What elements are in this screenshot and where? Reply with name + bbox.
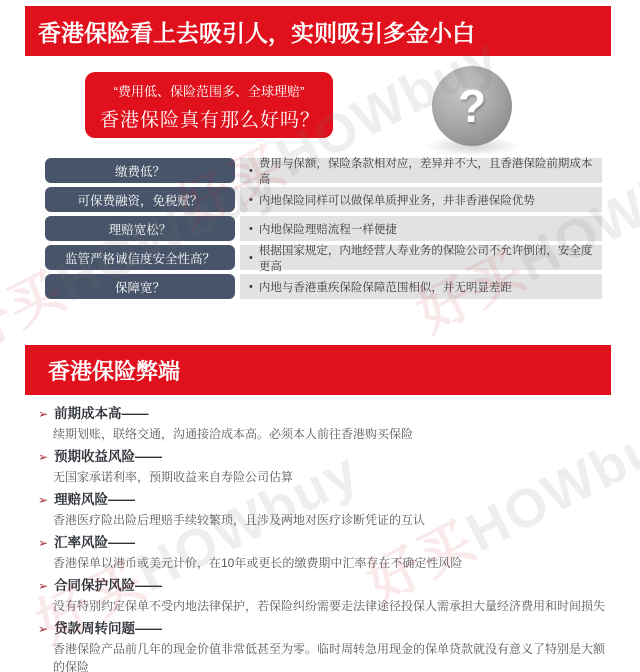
comparison-content: •内地与香港重疾保险保障范围相似，并无明显差距 xyxy=(240,274,602,299)
section-title: 香港保险弊端 xyxy=(48,355,180,386)
comparison-content: •费用与保额，保险条款相对应，差异并不大，且香港保险前期成本高 xyxy=(240,158,602,183)
comparison-content: •内地保险理赔流程一样便捷 xyxy=(240,216,602,241)
list-item: ➢预期收益风险—— 无国家承诺利率，预期收益来自寿险公司估算 xyxy=(38,447,616,486)
bullet-icon: • xyxy=(249,223,253,235)
list-item: ➢汇率风险—— 香港保单以港币或美元计价，在10年或更长的缴费期中汇率存在不确定… xyxy=(38,533,616,572)
quote-box: “费用低、保险范围多、全球理赔” 香港保险真有那么好吗？ xyxy=(85,72,333,138)
list-item: ➢前期成本高—— 续期划账，联络交通，沟通接洽成本高。必须本人前往香港购买保险 xyxy=(38,404,616,443)
list-item-desc: 续期划账，联络交通，沟通接洽成本高。必须本人前往香港购买保险 xyxy=(53,425,616,443)
comparison-label: 可保费融资，免税赋？ xyxy=(45,187,235,212)
quote-line-2: 香港保险真有那么好吗？ xyxy=(100,105,333,132)
comparison-label: 保障宽？ xyxy=(45,274,235,299)
list-item: ➢理赔风险—— 香港医疗险出险后理赔手续较繁琐，且涉及两地对医疗诊断凭证的互认 xyxy=(38,490,616,529)
comparison-text: 费用与保额，保险条款相对应，差异并不大，且香港保险前期成本高 xyxy=(259,155,602,187)
list-item-title: ➢预期收益风险—— xyxy=(38,447,616,467)
arrow-icon: ➢ xyxy=(38,450,48,464)
list-item-title: ➢汇率风险—— xyxy=(38,533,616,553)
arrow-icon: ➢ xyxy=(38,622,48,636)
arrow-icon: ➢ xyxy=(38,536,48,550)
list-item-desc: 没有特别约定保单不受内地法律保护，若保险纠纷需要走法律途径投保人需承担大量经济费… xyxy=(53,597,616,615)
section-title-banner: 香港保险弊端 xyxy=(25,345,611,395)
comparison-label: 理赔宽松？ xyxy=(45,216,235,241)
arrow-icon: ➢ xyxy=(38,579,48,593)
list-item-desc: 香港医疗险出险后理赔手续较繁琐，且涉及两地对医疗诊断凭证的互认 xyxy=(53,511,616,529)
comparison-label: 缴费低？ xyxy=(45,158,235,183)
list-item-title: ➢前期成本高—— xyxy=(38,404,616,424)
question-glyph: ? xyxy=(458,83,486,129)
infographic-page: 好买HOWbuy 好买HOWbuy 好买HOWbuy 好买HOWbuy 好买HO… xyxy=(0,0,640,672)
comparison-label: 监管严格诚信度安全性高？ xyxy=(45,245,235,270)
list-item-title-text: 汇率风险—— xyxy=(54,535,135,550)
comparison-content: •内地保险同样可以做保单质押业务，并非香港保险优势 xyxy=(240,187,602,212)
list-item-title-text: 前期成本高—— xyxy=(54,406,149,421)
comparison-text: 内地保险同样可以做保单质押业务，并非香港保险优势 xyxy=(259,192,535,208)
page-title-banner: 香港保险看上去吸引人，实则吸引多金小白 xyxy=(25,6,611,56)
list-item-title-text: 理赔风险—— xyxy=(54,492,135,507)
page-title: 香港保险看上去吸引人，实则吸引多金小白 xyxy=(38,15,475,48)
list-item-title: ➢理赔风险—— xyxy=(38,490,616,510)
list-item-desc: 无国家承诺利率，预期收益来自寿险公司估算 xyxy=(53,468,616,486)
comparison-text: 内地保险理赔流程一样便捷 xyxy=(259,221,397,237)
list-item-title: ➢合同保护风险—— xyxy=(38,576,616,596)
bullet-icon: • xyxy=(249,252,253,264)
question-mark-icon: ? xyxy=(432,66,512,146)
arrow-icon: ➢ xyxy=(38,407,48,421)
bullet-icon: • xyxy=(249,165,253,177)
comparison-text: 根据国家规定，内地经营人寿业务的保险公司不允许倒闭，安全度更高 xyxy=(259,242,602,274)
list-item-title: ➢贷款周转问题—— xyxy=(38,619,616,639)
arrow-icon: ➢ xyxy=(38,493,48,507)
list-item-desc: 香港保单以港币或美元计价，在10年或更长的缴费期中汇率存在不确定性风险 xyxy=(53,554,616,572)
comparison-content: •根据国家规定，内地经营人寿业务的保险公司不允许倒闭，安全度更高 xyxy=(240,245,602,270)
bullet-icon: • xyxy=(249,194,253,206)
quote-line-1: “费用低、保险范围多、全球理赔” xyxy=(85,81,333,100)
list-item: ➢合同保护风险—— 没有特别约定保单不受内地法律保护，若保险纠纷需要走法律途径投… xyxy=(38,576,616,615)
list-item-title-text: 合同保护风险—— xyxy=(54,578,162,593)
list-item-title-text: 贷款周转问题—— xyxy=(54,621,162,636)
list-item-desc: 香港保险产品前几年的现金价值非常低甚至为零。临时周转急用现金的保单贷款就没有意义… xyxy=(53,640,616,672)
list-item-title-text: 预期收益风险—— xyxy=(54,449,162,464)
comparison-text: 内地与香港重疾保险保障范围相似，并无明显差距 xyxy=(259,279,512,295)
bullet-icon: • xyxy=(249,281,253,293)
list-item: ➢贷款周转问题—— 香港保险产品前几年的现金价值非常低甚至为零。临时周转急用现金… xyxy=(38,619,616,672)
disadvantages-list: ➢前期成本高—— 续期划账，联络交通，沟通接洽成本高。必须本人前往香港购买保险 … xyxy=(38,404,616,672)
